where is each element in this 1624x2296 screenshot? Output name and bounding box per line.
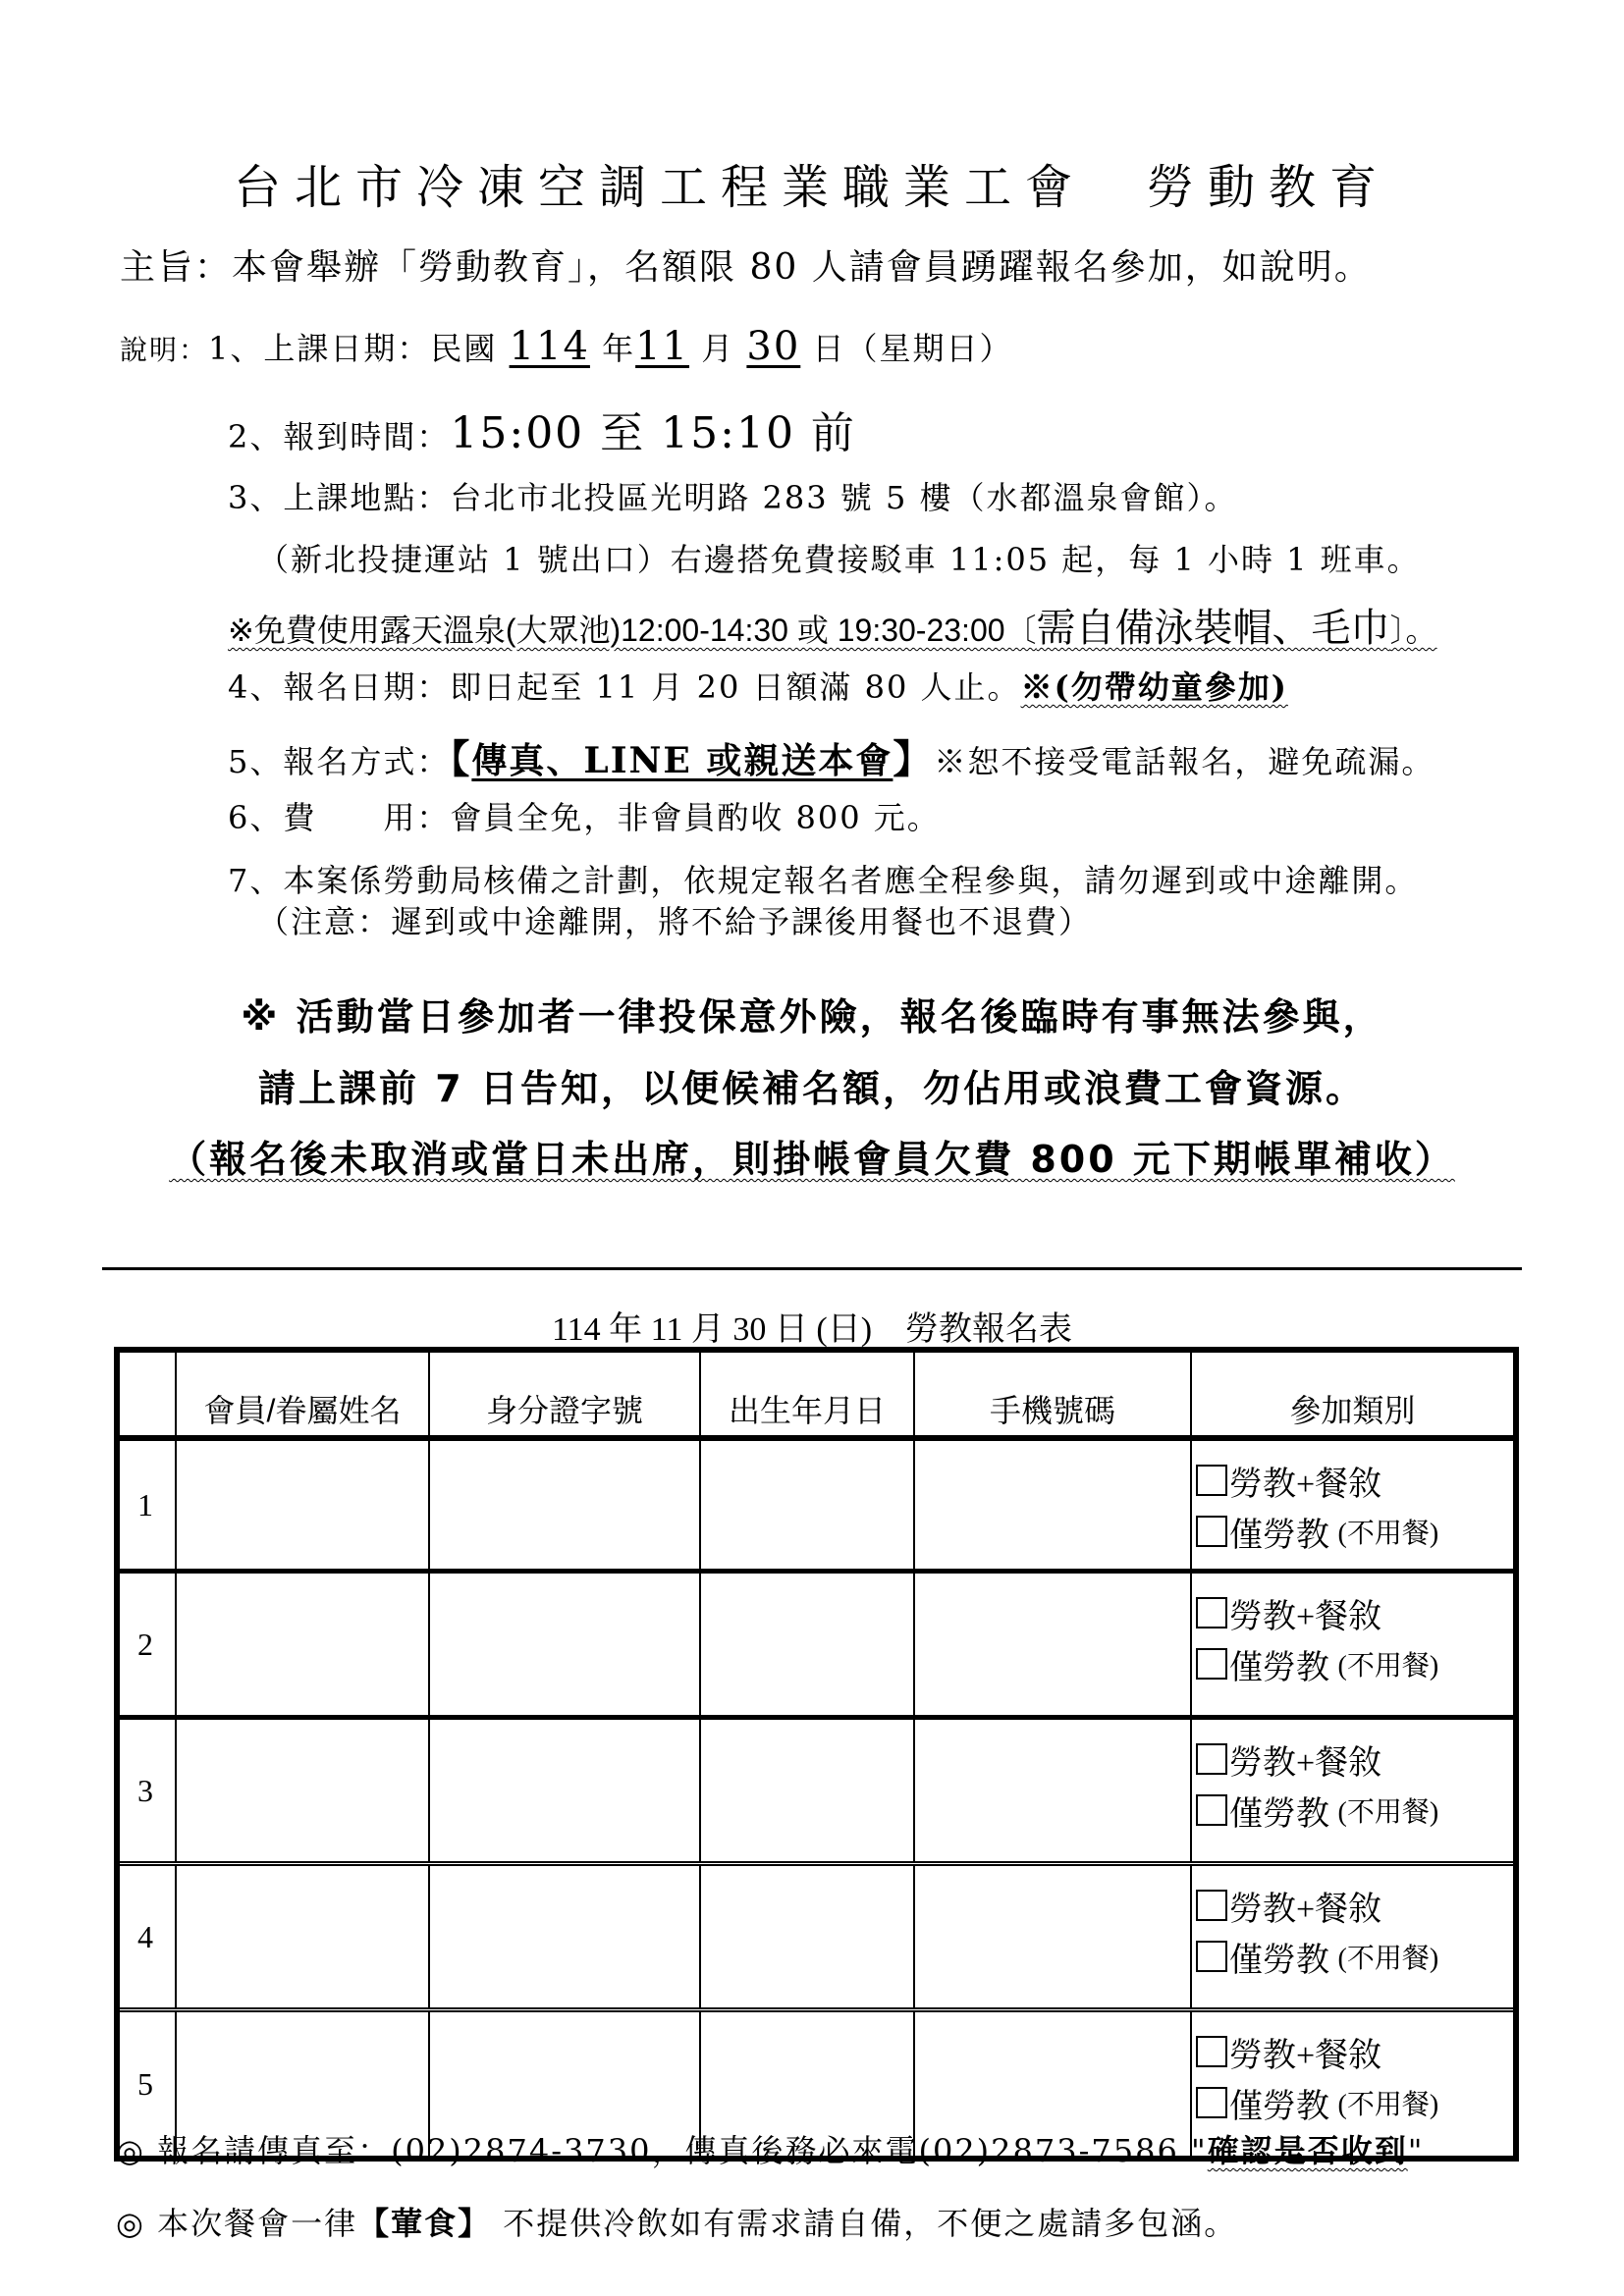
registration-methods: 傳真、LINE 或親送本會: [471, 740, 893, 781]
date-day: 30: [746, 324, 800, 369]
option-note: (不用餐): [1338, 1790, 1439, 1830]
checkbox-icon[interactable]: [1196, 1743, 1227, 1775]
col-header-name: 會員/眷屬姓名: [176, 1350, 429, 1438]
name-field[interactable]: [176, 1572, 429, 1718]
mobile-field[interactable]: [914, 1572, 1191, 1718]
table-row: 4 勞教+餐敘 僅勞教 (不用餐): [117, 1864, 1516, 2010]
no-show-fee-text: （報名後未取消或當日未出席，則掛帳會員欠費 800 元下期帳單補收）: [169, 1138, 1455, 1181]
option-note: (不用餐): [1338, 2083, 1439, 2122]
option-class-and-meal[interactable]: 勞教+餐敘: [1196, 1587, 1513, 1638]
checkbox-icon[interactable]: [1196, 1648, 1227, 1680]
option-class-and-meal[interactable]: 勞教+餐敘: [1196, 2026, 1513, 2077]
option-label: 勞教+餐敘: [1229, 1735, 1381, 1784]
checkin-time: 15:00 至 15:10 前: [450, 408, 856, 458]
insurance-notice-line2: 請上課前 7 日告知，以便候補名額，勿佔用或浪費工會資源。: [0, 1058, 1624, 1112]
item-3-location: 3、上課地點：台北市北投區光明路 283 號 5 樓（水都溫泉會館）。: [228, 473, 1238, 518]
option-label: 僅勞教: [1229, 1640, 1329, 1688]
form-title: 114 年 11 月 30 日 (日) 勞教報名表: [0, 1302, 1624, 1350]
name-field[interactable]: [176, 1718, 429, 1864]
option-class-and-meal[interactable]: 勞教+餐敘: [1196, 1455, 1513, 1506]
insurance-notice-line1: ※ 活動當日參加者一律投保意外險，報名後臨時有事無法參與，: [0, 987, 1624, 1041]
option-class-only[interactable]: 僅勞教 (不用餐): [1196, 1931, 1513, 1982]
category-options: 勞教+餐敘 僅勞教 (不用餐): [1191, 1438, 1516, 1572]
birthday-field[interactable]: [700, 1438, 914, 1572]
fax-suffix: ": [1408, 2132, 1425, 2169]
mobile-field[interactable]: [914, 1438, 1191, 1572]
category-options: 勞教+餐敘 僅勞教 (不用餐): [1191, 1864, 1516, 2010]
birthday-field[interactable]: [700, 1718, 914, 1864]
id-number-field[interactable]: [429, 1572, 700, 1718]
registration-date-text: 4、報名日期：即日起至 11 月 20 日額滿 80 人止。: [228, 668, 1021, 706]
id-number-field[interactable]: [429, 1438, 700, 1572]
checkbox-icon[interactable]: [1196, 1465, 1227, 1496]
option-label: 勞教+餐敘: [1229, 1882, 1381, 1930]
meal-notice: ◎ 本次餐會一律【葷食】 不提供冷飲如有需求請自備，不便之處請多包涵。: [116, 2199, 1237, 2244]
birthday-field[interactable]: [700, 1572, 914, 1718]
option-note: (不用餐): [1338, 1644, 1439, 1683]
fax-instructions: ◎ 報名請傳真至：(02)2874-3730，傳真後務必來電(02)2873-7…: [116, 2126, 1424, 2171]
option-label: 勞教+餐敘: [1229, 2028, 1381, 2076]
hot-spring-prefix: ※免費使用露天溫泉(大眾池)12:00-14:30 或 19:30-23:00〔: [228, 613, 1037, 648]
day-unit: 日（星期日）: [812, 330, 1012, 367]
item-7-attendance: 7、本案係勞動局核備之計劃，依規定報名者應全程參與，請勿遲到或中途離開。: [228, 856, 1418, 901]
mobile-field[interactable]: [914, 1864, 1191, 2010]
registration-form-table: 會員/眷屬姓名 身分證字號 出生年月日 手機號碼 參加類別 1 勞教+餐敘 僅勞…: [114, 1347, 1519, 2162]
bracket-open: 【: [450, 736, 471, 782]
meal-suffix: 不提供冷飲如有需求請自備，不便之處請多包涵。: [491, 2205, 1237, 2242]
table-row: 2 勞教+餐敘 僅勞教 (不用餐): [117, 1572, 1516, 1718]
option-class-only[interactable]: 僅勞教 (不用餐): [1196, 1506, 1513, 1557]
option-class-only[interactable]: 僅勞教 (不用餐): [1196, 2077, 1513, 2128]
checkin-prefix: 2、報到時間：: [228, 418, 450, 455]
bracket-close: 】: [893, 736, 934, 782]
shuttle-info: （新北投捷運站 1 號出口）右邊搭免費接駁車 11:05 起，每 1 小時 1 …: [257, 535, 1421, 580]
name-field[interactable]: [176, 1864, 429, 2010]
option-label: 僅勞教: [1229, 2079, 1329, 2127]
option-class-and-meal[interactable]: 勞教+餐敘: [1196, 1880, 1513, 1931]
table-row: 1 勞教+餐敘 僅勞教 (不用餐): [117, 1438, 1516, 1572]
row-number: 2: [117, 1572, 176, 1718]
col-header-category: 參加類別: [1191, 1350, 1516, 1438]
fax-text: ◎ 報名請傳真至：(02)2874-3730，傳真後務必來電(02)2873-7…: [116, 2132, 1208, 2169]
option-class-only[interactable]: 僅勞教 (不用餐): [1196, 1638, 1513, 1689]
table-header-row: 會員/眷屬姓名 身分證字號 出生年月日 手機號碼 參加類別: [117, 1350, 1516, 1438]
checkbox-icon[interactable]: [1196, 2036, 1227, 2067]
category-options: 勞教+餐敘 僅勞教 (不用餐): [1191, 1718, 1516, 1864]
option-note: (不用餐): [1338, 1937, 1439, 1976]
checkbox-icon[interactable]: [1196, 1794, 1227, 1826]
document-title: 台北市冷凍空調工程業職業工會 勞動教育: [0, 149, 1624, 217]
category-options: 勞教+餐敘 僅勞教 (不用餐): [1191, 1572, 1516, 1718]
checkbox-icon[interactable]: [1196, 1890, 1227, 1921]
option-label: 僅勞教: [1229, 1933, 1329, 1981]
no-children-note: ※(勿帶幼童參加): [1021, 668, 1288, 706]
item-5-method: 5、報名方式：【傳真、LINE 或親送本會】※恕不接受電話報名，避免疏漏。: [228, 728, 1435, 784]
method-note: ※恕不接受電話報名，避免疏漏。: [934, 743, 1435, 780]
col-header-id-number: 身分證字號: [429, 1350, 700, 1438]
no-show-fee-notice: （報名後未取消或當日未出席，則掛帳會員欠費 800 元下期帳單補收）: [0, 1129, 1624, 1183]
method-prefix: 5、報名方式：: [228, 743, 450, 780]
hot-spring-bring: 需自備泳裝帽、毛巾: [1037, 607, 1390, 650]
row-number: 1: [117, 1438, 176, 1572]
month-unit: 月: [701, 330, 734, 367]
checkbox-icon[interactable]: [1196, 1597, 1227, 1629]
hot-spring-info: ※免費使用露天溫泉(大眾池)12:00-14:30 或 19:30-23:00〔…: [228, 597, 1437, 653]
subject-line: 主旨：本會舉辦「勞動教育」，名額限 80 人請會員踴躍報名參加，如說明。: [120, 240, 1372, 290]
attendance-note: （注意：遲到或中途離開，將不給予課後用餐也不退費）: [257, 897, 1092, 942]
option-label: 勞教+餐敘: [1229, 1457, 1381, 1505]
id-number-field[interactable]: [429, 1718, 700, 1864]
meal-prefix: ◎ 本次餐會一律: [116, 2205, 357, 2242]
option-class-only[interactable]: 僅勞教 (不用餐): [1196, 1785, 1513, 1836]
row-number: 3: [117, 1718, 176, 1864]
checkbox-icon[interactable]: [1196, 2087, 1227, 2118]
col-header-number: [117, 1350, 176, 1438]
date-year: 114: [510, 324, 590, 369]
year-unit: 年: [602, 330, 635, 367]
row-number: 4: [117, 1864, 176, 2010]
item-4-registration-date: 4、報名日期：即日起至 11 月 20 日額滿 80 人止。※(勿帶幼童參加): [228, 663, 1288, 708]
section-divider: [102, 1267, 1522, 1270]
date-prefix: 1、上課日期：民國: [208, 330, 497, 367]
item-2-checkin: 2、報到時間：15:00 至 15:10 前: [228, 398, 856, 460]
date-month: 11: [635, 324, 689, 369]
name-field[interactable]: [176, 1438, 429, 1572]
id-number-field[interactable]: [429, 1864, 700, 2010]
meal-type: 【葷食】: [357, 2205, 491, 2242]
item-1-date: 說明：1、上課日期：民國 114 年11 月 30 日（星期日）: [120, 324, 1012, 369]
birthday-field[interactable]: [700, 1864, 914, 2010]
description-label: 說明：: [120, 334, 208, 366]
hot-spring-suffix: 〕。: [1390, 613, 1437, 648]
fax-confirm-text: 確認是否收到: [1208, 2132, 1408, 2169]
checkbox-icon[interactable]: [1196, 1941, 1227, 1972]
col-header-mobile: 手機號碼: [914, 1350, 1191, 1438]
option-label: 勞教+餐敘: [1229, 1589, 1381, 1637]
option-label: 僅勞教: [1229, 1508, 1329, 1556]
mobile-field[interactable]: [914, 1718, 1191, 1864]
item-6-fee: 6、費 用：會員全免，非會員酌收 800 元。: [228, 793, 941, 838]
checkbox-icon[interactable]: [1196, 1516, 1227, 1547]
hot-spring-text: ※免費使用露天溫泉(大眾池)12:00-14:30 或 19:30-23:00〔…: [228, 613, 1437, 648]
option-class-and-meal[interactable]: 勞教+餐敘: [1196, 1734, 1513, 1785]
table-row: 3 勞教+餐敘 僅勞教 (不用餐): [117, 1718, 1516, 1864]
option-note: (不用餐): [1338, 1512, 1439, 1551]
col-header-birthday: 出生年月日: [700, 1350, 914, 1438]
option-label: 僅勞教: [1229, 1787, 1329, 1835]
